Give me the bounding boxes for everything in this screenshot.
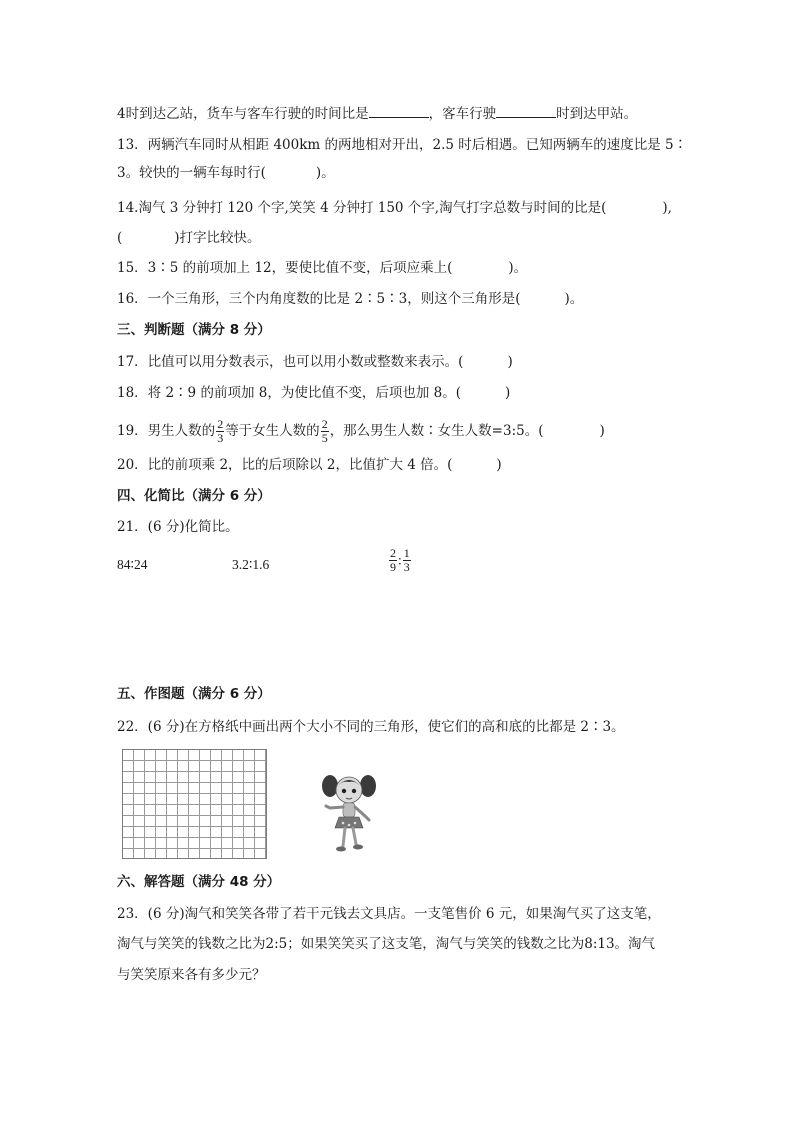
cartoon-girl-illustration [318,770,380,860]
numerator: 2 [389,547,397,561]
fraction-two-thirds: 23 [216,418,224,445]
q20: 20．比的前项乘 2，比的后项除以 2，比值扩大 4 倍。() [117,456,502,474]
q14-paren-open: ( [117,230,122,246]
q19-text-1: 19．男生人数的 [117,423,215,439]
q21-expr-3: 29:13 [388,547,412,574]
q12-continuation: 4时到达乙站，货车与客车行驶的时间比是，客车行驶时到达甲站。 [117,104,637,123]
q23-line1: 23．(6 分)淘气和笑笑各带了若干元钱去文具店。一支笔售价 6 元，如果淘气买… [117,905,661,923]
q18-text: 18．将 2∶9 的前项加 8，为使比值不变，后项也加 8。( [117,385,461,401]
q19-text-end: ) [600,423,605,439]
q12-text-1: 4时到达乙站，货车与客车行驶的时间比是 [117,106,369,122]
q13-text-end: )。 [316,165,335,181]
q16-text: 16．一个三角形，三个内角度数的比是 2∶5∶3，则这个三角形是( [117,291,521,307]
q17-text-end: ) [507,354,512,370]
fraction-two-ninths: 29 [389,547,397,574]
q12-text-2: ，客车行驶 [429,106,497,122]
q13-text: 3。较快的一辆车每时行( [117,165,266,181]
q14-text: 14.淘气 3 分钟打 120 个字,笑笑 4 分钟打 150 个字,淘气打字总… [117,200,606,216]
fraction-two-fifths: 25 [321,418,329,445]
section-heading-simplify-ratio: 四、化简比（满分 6 分） [117,487,271,505]
section-heading-judgement: 三、判断题（满分 8 分） [117,321,271,339]
q18: 18．将 2∶9 的前项加 8，为使比值不变，后项也加 8。() [117,384,510,402]
q23-line2: 淘气与笑笑的钱数之比为2:5；如果笑笑买了这支笔，淘气与笑笑的钱数之比为8:13… [117,935,655,953]
q23-line3: 与笑笑原来各有多少元？ [117,966,266,984]
q14-text-end: ), [662,200,672,216]
q20-text: 20．比的前项乘 2，比的后项除以 2，比值扩大 4 倍。( [117,457,452,473]
q19-text-2: 等于女生人数的 [225,423,320,439]
numerator: 2 [321,418,329,432]
q20-text-end: ) [496,457,501,473]
q22-prompt: 22．(6 分)在方格纸中画出两个大小不同的三角形，使它们的高和底的比都是 2∶… [117,718,625,736]
ratio-colon: : [398,553,402,568]
q17-text: 17．比值可以用分数表示，也可以用小数或整数来表示。( [117,354,463,370]
q13-line2: 3。较快的一辆车每时行()。 [117,164,335,182]
denominator: 5 [321,432,329,445]
section-heading-word-problems: 六、解答题（满分 48 分） [117,873,280,891]
q14-text-2: )打字比较快。 [174,230,260,246]
q12-text-3: 时到达甲站。 [556,106,637,122]
q21-expr-1: 84∶24 [117,557,148,573]
grid-paper[interactable] [122,749,267,859]
q19: 19．男生人数的23等于女生人数的25，那么男生人数∶女生人数=3:5。() [117,418,605,445]
answer-blank[interactable] [369,104,429,118]
q13-line1: 13．两辆汽车同时从相距 400km 的两地相对开出，2.5 时后相遇。已知两辆… [117,136,687,154]
fraction-one-third: 13 [403,547,411,574]
denominator: 3 [403,561,411,574]
q16: 16．一个三角形，三个内角度数的比是 2∶5∶3，则这个三角形是()。 [117,290,583,308]
q15-text: 15．3∶5 的前项加上 12，要使比值不变，后项应乘上( [117,260,452,276]
numerator: 1 [403,547,411,561]
denominator: 9 [389,561,397,574]
q19-text-3: ，那么男生人数∶女生人数=3:5。( [330,423,544,439]
q21-expr-2: 3.2∶1.6 [232,557,269,573]
q21-prompt: 21．(6 分)化简比。 [117,518,239,536]
denominator: 3 [216,432,224,445]
q14-line1: 14.淘气 3 分钟打 120 个字,笑笑 4 分钟打 150 个字,淘气打字总… [117,199,672,217]
q14-line2: ()打字比较快。 [117,229,261,247]
answer-blank[interactable] [496,104,556,118]
q17: 17．比值可以用分数表示，也可以用小数或整数来表示。() [117,353,513,371]
q16-text-end: )。 [565,291,584,307]
section-heading-drawing: 五、作图题（满分 6 分） [117,685,271,703]
q15-text-end: )。 [508,260,527,276]
numerator: 2 [216,418,224,432]
q18-text-end: ) [505,385,510,401]
q15: 15．3∶5 的前项加上 12，要使比值不变，后项应乘上()。 [117,259,527,277]
